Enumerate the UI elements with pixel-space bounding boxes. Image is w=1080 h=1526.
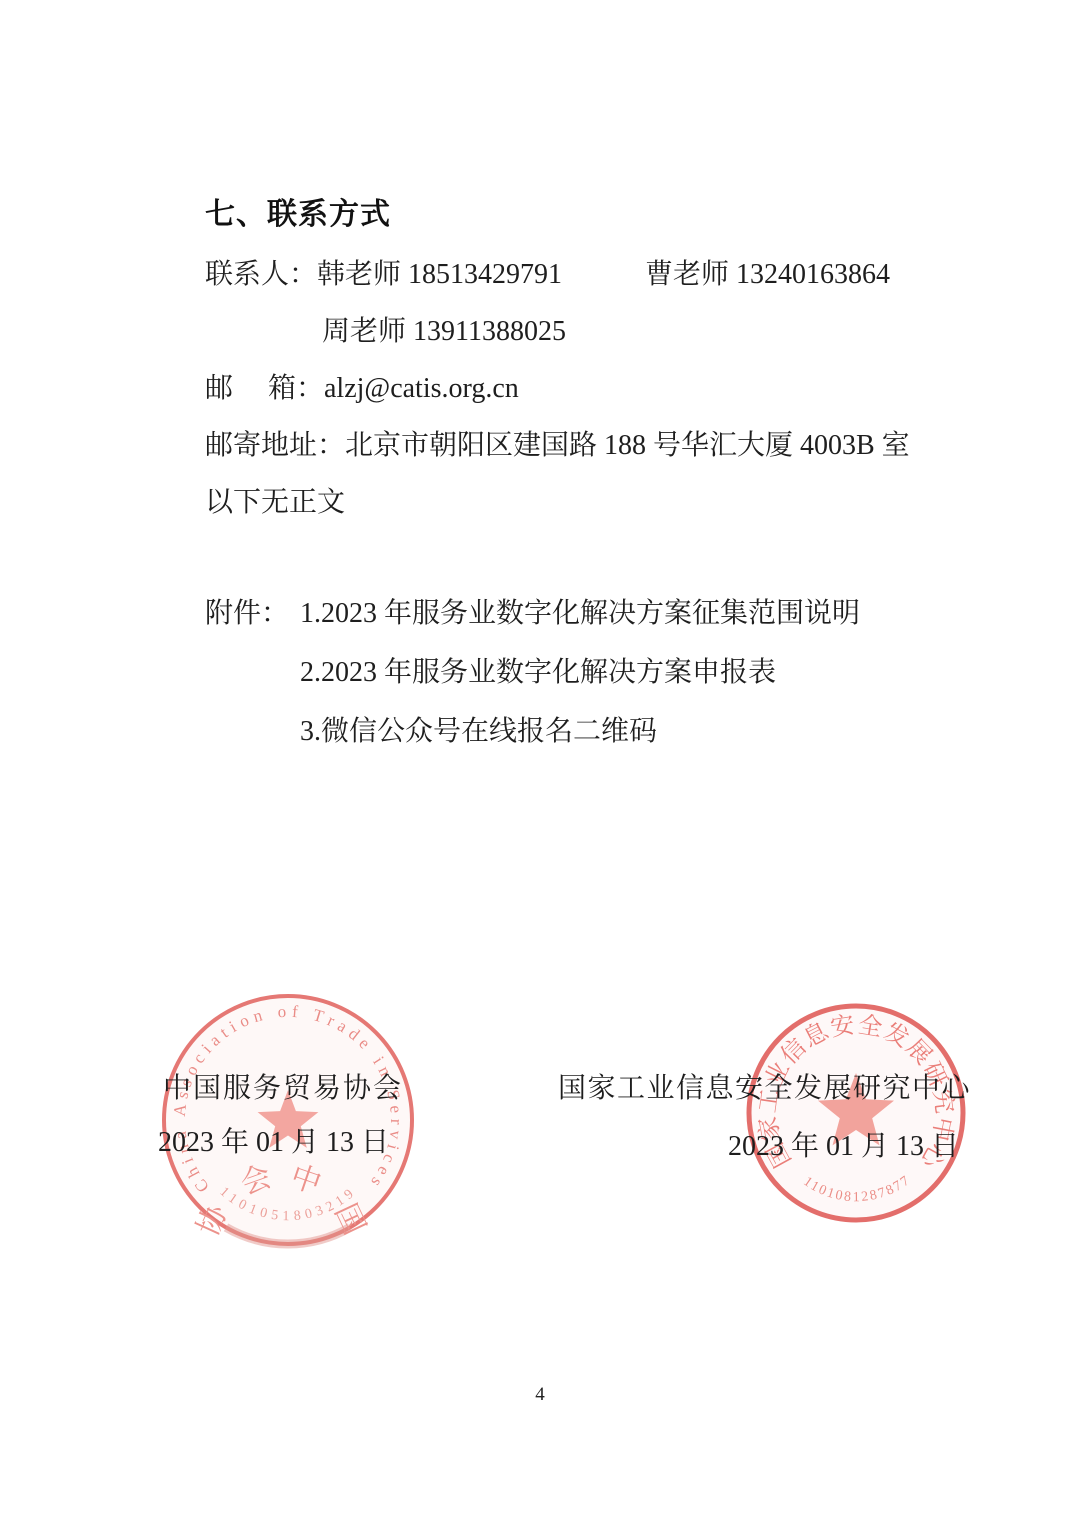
signature-org-left: 中国服务贸易协会 — [163, 1072, 403, 1106]
document-page: 七、联系方式 联系人：韩老师 18513429791 曹老师 132401638… — [0, 0, 1080, 1526]
contact-person-line-right: 曹老师 13240163864 — [645, 258, 890, 292]
official-seal-left: China Association of Trade in Services 中… — [158, 990, 418, 1250]
contact-person-line-left: 联系人：韩老师 18513429791 — [205, 258, 562, 292]
page-number: 4 — [0, 1384, 1080, 1406]
signature-date-left: 2023 年 01 月 13 日 — [158, 1126, 389, 1160]
contact-person-line-2: 周老师 13911388025 — [322, 315, 566, 349]
attachments-label: 附件： — [205, 597, 289, 631]
section-heading: 七、联系方式 — [205, 197, 391, 233]
official-seal-right: 国家工业信息安全发展研究中心 1101081287877 — [741, 998, 971, 1228]
attachment-item-2: 2.2023 年服务业数字化解决方案申报表 — [300, 656, 776, 690]
end-of-text-note: 以下无正文 — [205, 486, 345, 520]
email-line: 邮 箱：alzj@catis.org.cn — [205, 372, 519, 406]
attachment-item-3: 3.微信公众号在线报名二维码 — [300, 715, 657, 749]
attachment-item-1: 1.2023 年服务业数字化解决方案征集范围说明 — [300, 597, 860, 631]
signature-date-right: 2023 年 01 月 13 日 — [728, 1130, 959, 1164]
signature-org-right: 国家工业信息安全发展研究中心 — [558, 1072, 971, 1106]
address-line: 邮寄地址：北京市朝阳区建国路 188 号华汇大厦 4003B 室 — [205, 429, 910, 463]
